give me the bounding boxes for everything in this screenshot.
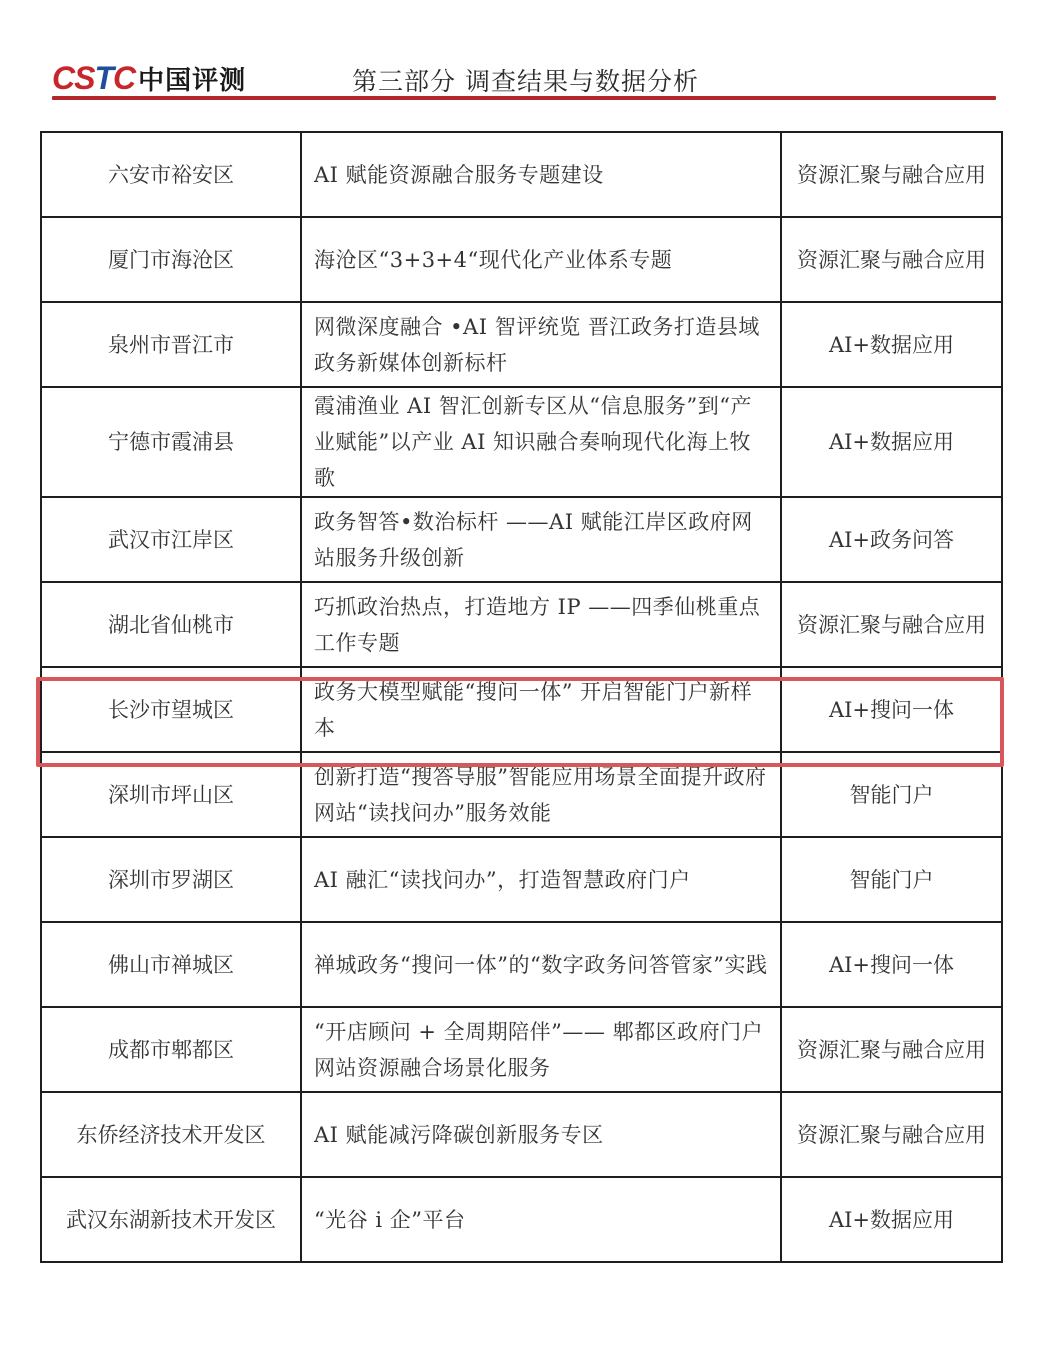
project-cell: AI 融汇“读找问办”，打造智慧政府门户	[301, 837, 781, 922]
region-cell: 六安市裕安区	[41, 132, 301, 217]
region-cell: 东侨经济技术开发区	[41, 1092, 301, 1177]
category-cell: AI+数据应用	[781, 387, 1002, 497]
category-cell: AI+数据应用	[781, 1177, 1002, 1262]
logo-letter: S	[74, 60, 94, 96]
category-cell: 资源汇聚与融合应用	[781, 1007, 1002, 1092]
section-title: 第三部分 调查结果与数据分析	[352, 62, 699, 98]
results-table: 六安市裕安区 AI 赋能资源融合服务专题建设 资源汇聚与融合应用 厦门市海沧区 …	[40, 131, 1003, 1263]
project-cell: 政务大模型赋能“搜问一体” 开启智能门户新样本	[301, 667, 781, 752]
region-cell: 厦门市海沧区	[41, 217, 301, 302]
table-row: 武汉市江岸区 政务智答•数治标杆 ——AI 赋能江岸区政府网站服务升级创新 AI…	[41, 497, 1002, 582]
table-row: 湖北省仙桃市 巧抓政治热点，打造地方 IP ——四季仙桃重点工作专题 资源汇聚与…	[41, 582, 1002, 667]
region-cell: 武汉东湖新技术开发区	[41, 1177, 301, 1262]
project-cell: 政务智答•数治标杆 ——AI 赋能江岸区政府网站服务升级创新	[301, 497, 781, 582]
project-cell: 禅城政务“搜问一体”的“数字政务问答管家”实践	[301, 922, 781, 1007]
logo-letter: C	[113, 60, 135, 96]
project-cell: 海沧区“3+3+4“现代化产业体系专题	[301, 217, 781, 302]
region-cell: 湖北省仙桃市	[41, 582, 301, 667]
region-cell: 佛山市禅城区	[41, 922, 301, 1007]
category-cell: AI+政务问答	[781, 497, 1002, 582]
category-cell: 资源汇聚与融合应用	[781, 1092, 1002, 1177]
region-cell: 宁德市霞浦县	[41, 387, 301, 497]
category-cell: 资源汇聚与融合应用	[781, 582, 1002, 667]
project-cell: “光谷 i 企”平台	[301, 1177, 781, 1262]
logo-mark: CSTC	[52, 60, 135, 96]
region-cell: 武汉市江岸区	[41, 497, 301, 582]
table-row: 宁德市霞浦县 霞浦渔业 AI 智汇创新专区从“信息服务”到“产业赋能”以产业 A…	[41, 387, 1002, 497]
table-row-highlighted: 长沙市望城区 政务大模型赋能“搜问一体” 开启智能门户新样本 AI+搜问一体	[41, 667, 1002, 752]
region-cell: 成都市郫都区	[41, 1007, 301, 1092]
table-row: 泉州市晋江市 网微深度融合 •AI 智评统览 晋江政务打造县域政务新媒体创新标杆…	[41, 302, 1002, 387]
project-cell: 创新打造“搜答导服”智能应用场景全面提升政府网站“读找问办”服务效能	[301, 752, 781, 837]
table-row: 佛山市禅城区 禅城政务“搜问一体”的“数字政务问答管家”实践 AI+搜问一体	[41, 922, 1002, 1007]
page-header: CSTC 中国评测 第三部分 调查结果与数据分析	[0, 0, 1039, 110]
header-divider	[52, 96, 996, 100]
table-row: 武汉东湖新技术开发区 “光谷 i 企”平台 AI+数据应用	[41, 1177, 1002, 1262]
table-row: 成都市郫都区 “开店顾问 + 全周期陪伴”—— 郫都区政府门户网站资源融合场景化…	[41, 1007, 1002, 1092]
table-row: 深圳市罗湖区 AI 融汇“读找问办”，打造智慧政府门户 智能门户	[41, 837, 1002, 922]
category-cell: 资源汇聚与融合应用	[781, 217, 1002, 302]
logo-letter: C	[52, 60, 74, 96]
project-cell: 霞浦渔业 AI 智汇创新专区从“信息服务”到“产业赋能”以产业 AI 知识融合奏…	[301, 387, 781, 497]
table-row: 六安市裕安区 AI 赋能资源融合服务专题建设 资源汇聚与融合应用	[41, 132, 1002, 217]
project-cell: 巧抓政治热点，打造地方 IP ——四季仙桃重点工作专题	[301, 582, 781, 667]
region-cell: 深圳市罗湖区	[41, 837, 301, 922]
category-cell: AI+搜问一体	[781, 922, 1002, 1007]
project-cell: AI 赋能减污降碳创新服务专区	[301, 1092, 781, 1177]
logo-letter: T	[94, 60, 113, 96]
project-cell: “开店顾问 + 全周期陪伴”—— 郫都区政府门户网站资源融合场景化服务	[301, 1007, 781, 1092]
category-cell: 智能门户	[781, 837, 1002, 922]
table-row: 深圳市坪山区 创新打造“搜答导服”智能应用场景全面提升政府网站“读找问办”服务效…	[41, 752, 1002, 837]
region-cell: 泉州市晋江市	[41, 302, 301, 387]
category-cell: AI+数据应用	[781, 302, 1002, 387]
table-row: 东侨经济技术开发区 AI 赋能减污降碳创新服务专区 资源汇聚与融合应用	[41, 1092, 1002, 1177]
table-row: 厦门市海沧区 海沧区“3+3+4“现代化产业体系专题 资源汇聚与融合应用	[41, 217, 1002, 302]
project-cell: AI 赋能资源融合服务专题建设	[301, 132, 781, 217]
logo-text: 中国评测	[138, 60, 246, 97]
region-cell: 长沙市望城区	[41, 667, 301, 752]
category-cell: AI+搜问一体	[781, 667, 1002, 752]
project-cell: 网微深度融合 •AI 智评统览 晋江政务打造县域政务新媒体创新标杆	[301, 302, 781, 387]
region-cell: 深圳市坪山区	[41, 752, 301, 837]
cstc-logo: CSTC 中国评测	[52, 60, 246, 96]
category-cell: 资源汇聚与融合应用	[781, 132, 1002, 217]
category-cell: 智能门户	[781, 752, 1002, 837]
